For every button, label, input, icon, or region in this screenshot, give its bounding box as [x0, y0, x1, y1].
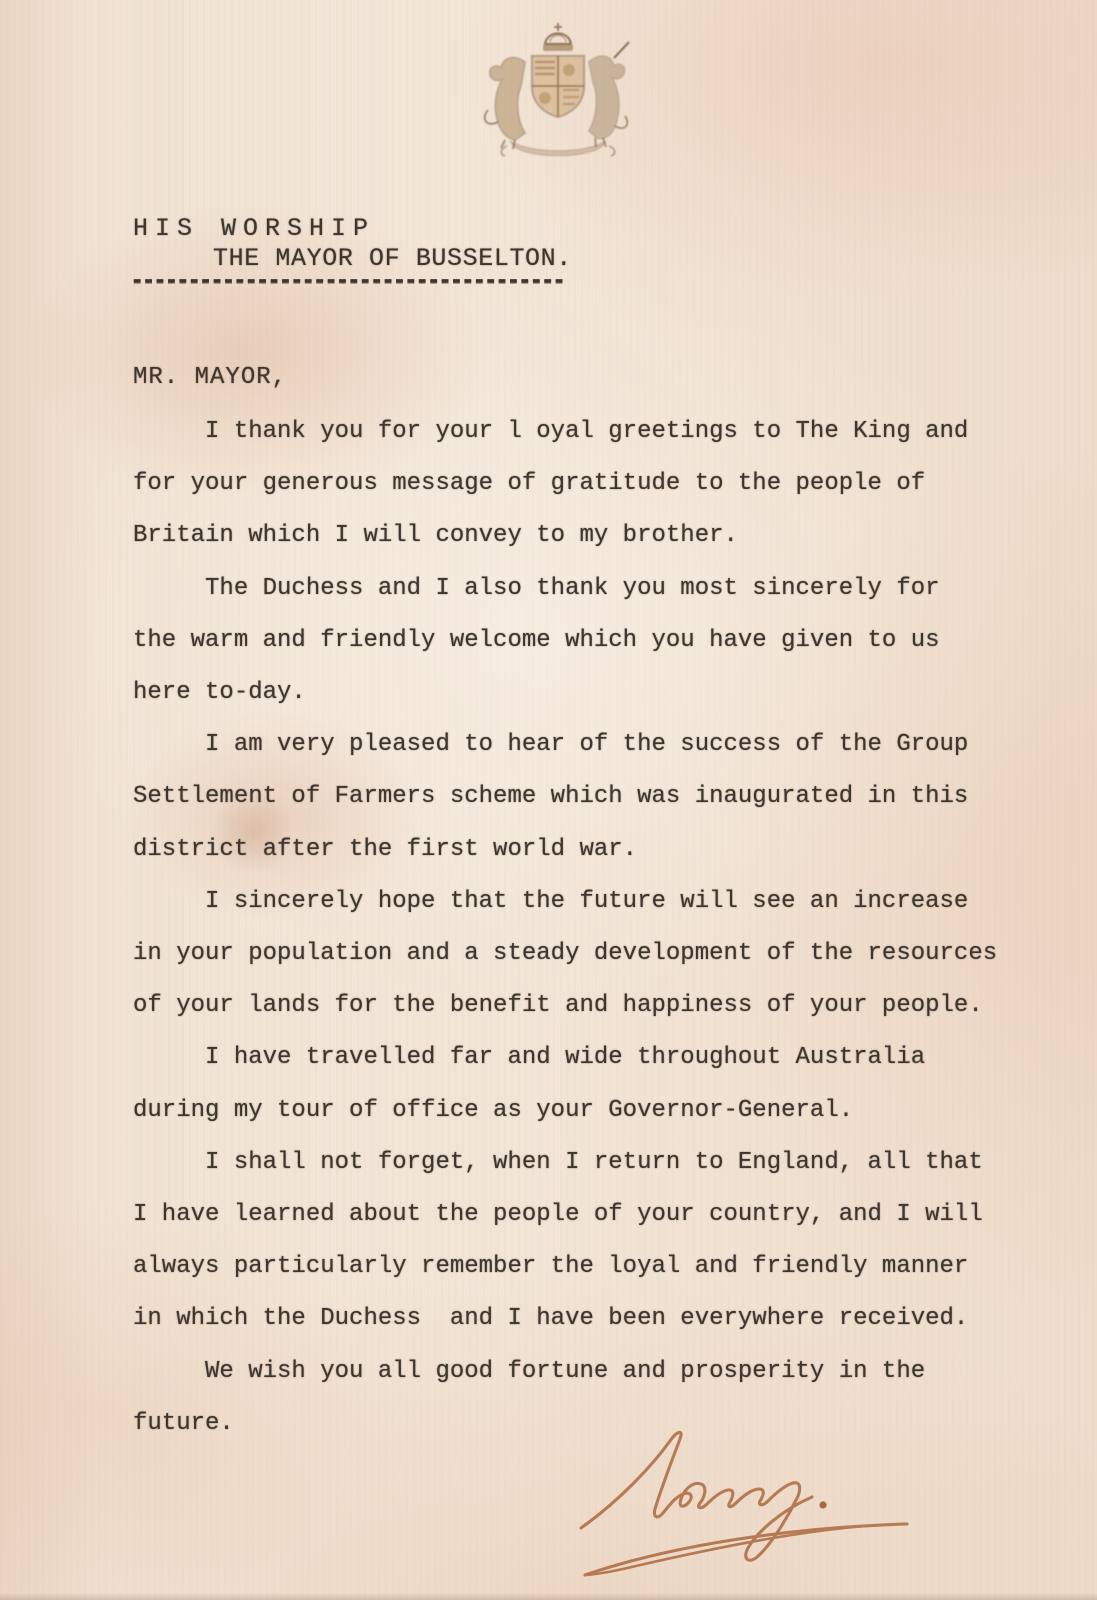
crest	[471, 20, 641, 172]
paragraph: I thank you for your l oyal greetings to…	[133, 406, 997, 563]
letter-line: of your lands for the benefit and happin…	[133, 980, 997, 1032]
letter-line: always particularly remember the loyal a…	[133, 1241, 997, 1293]
paragraph: The Duchess and I also thank you most si…	[133, 563, 997, 720]
header-divider: ----------------------------------------	[130, 268, 570, 302]
letter-line: in your population and a steady developm…	[133, 928, 997, 980]
letter-line: The Duchess and I also thank you most si…	[133, 563, 997, 615]
paragraph: I shall not forget, when I return to Eng…	[133, 1137, 997, 1346]
letter-line: I sincerely hope that the future will se…	[133, 876, 997, 928]
letter-line: the warm and friendly welcome which you …	[133, 615, 997, 667]
royal-coat-of-arms-icon	[471, 20, 641, 172]
letter-body: I thank you for your l oyal greetings to…	[133, 406, 997, 1450]
letter-line: I have learned about the people of your …	[133, 1189, 997, 1241]
paragraph: I sincerely hope that the future will se…	[133, 876, 997, 1033]
letter-line: Settlement of Farmers scheme which was i…	[133, 771, 997, 823]
letter-line: I am very pleased to hear of the success…	[133, 719, 997, 771]
letter-line: in which the Duchess and I have been eve…	[133, 1293, 997, 1345]
letter-line: district after the first world war.	[133, 824, 997, 876]
salutation: MR. MAYOR,	[133, 364, 287, 391]
paragraph: I am very pleased to hear of the success…	[133, 719, 997, 876]
letter-line: I have travelled far and wide throughout…	[133, 1032, 997, 1084]
letter-line: during my tour of office as your Governo…	[133, 1085, 997, 1137]
paragraph: I have travelled far and wide throughout…	[133, 1032, 997, 1136]
letter-line: for your generous message of gratitude t…	[133, 458, 997, 510]
letter-line: Britain which I will convey to my brothe…	[133, 510, 997, 562]
letter-line: here to-day.	[133, 667, 997, 719]
addressee-line-1: HIS WORSHIP	[133, 214, 375, 243]
letter-line: I thank you for your l oyal greetings to…	[133, 406, 997, 458]
signature-henry	[575, 1406, 925, 1596]
signature-henry-icon	[575, 1406, 925, 1596]
letter-line: We wish you all good fortune and prosper…	[133, 1346, 997, 1398]
letter-page: HIS WORSHIP THE MAYOR OF BUSSELTON. ----…	[0, 0, 1097, 1600]
letter-line: I shall not forget, when I return to Eng…	[133, 1137, 997, 1189]
